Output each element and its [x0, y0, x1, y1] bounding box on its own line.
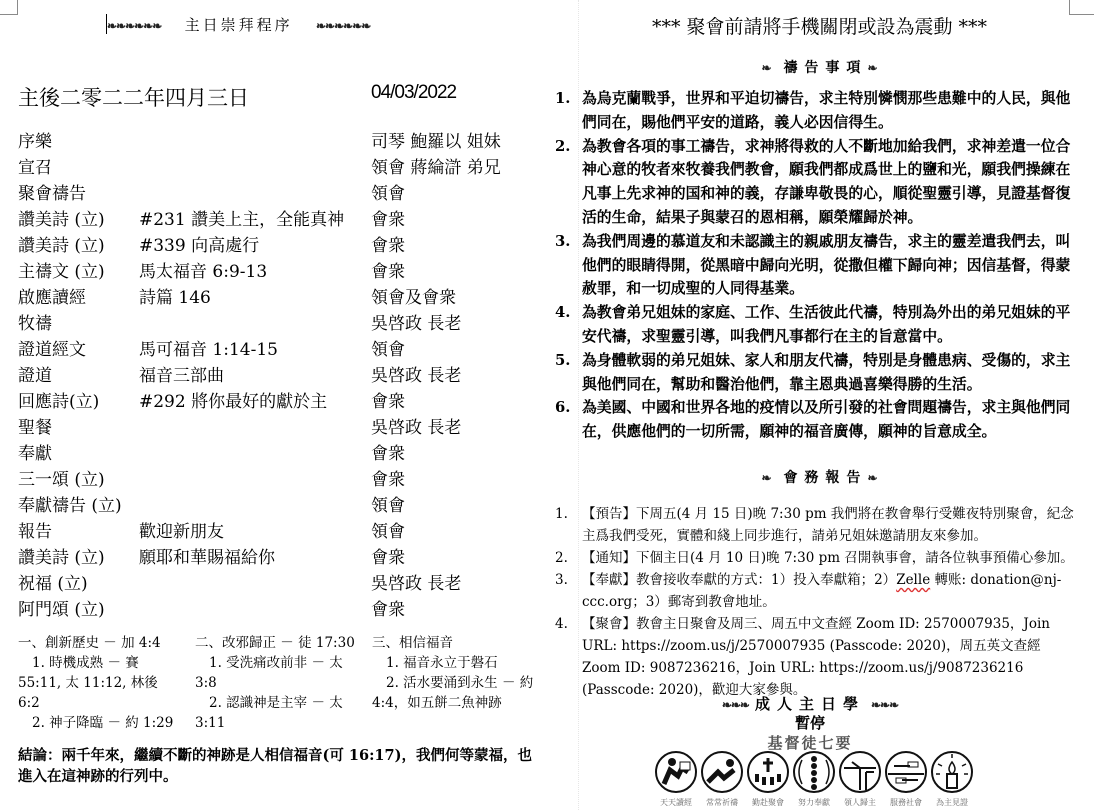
affairs-text[interactable]: 【通知】下個主日(4 月 10 日)晚 7:30 pm 召開執事會，請各位執事預… [582, 550, 1074, 566]
worship-order-title: ❧❧❧❧❧❧ 主日崇拜程序 ❧❧❧❧❧❧ [106, 14, 370, 35]
program-item[interactable]: 奉獻 [18, 439, 52, 464]
item-number: 4. [555, 301, 570, 325]
item-number: 5. [555, 349, 570, 373]
prayer-text[interactable]: 為教會各項的事工禱告，求神將得救的人不斷地加給我們，求神差遣一位合神心意的牧者來… [582, 138, 1070, 226]
item-number: 6. [555, 396, 570, 420]
program-row: 證道福音三部曲吳啓政 長老 [18, 361, 538, 387]
date-chinese[interactable]: 主後二零二二年四月三日 [18, 82, 249, 112]
affairs-list: 1.【預告】下周五(4 月 15 日)晚 7:30 pm 我們將在教會舉行受難夜… [555, 503, 1083, 701]
ornament-icon: ❧❧❧❧❧❧ [107, 19, 161, 33]
program-row: 牧禱吳啓政 長老 [18, 309, 538, 335]
program-row: 聚會禱告領會 [18, 179, 538, 205]
program-row: 讚美詩 (立)#339 向高處行會衆 [18, 231, 538, 257]
program-leader[interactable]: 吳啓政 長老 [371, 569, 461, 594]
prayer-list: 1.為烏克蘭戰爭，世界和平迫切禱告，求主特別憐憫那些患難中的人民，與他們同在，賜… [555, 87, 1083, 444]
ornament-icon: ❧ [867, 471, 877, 485]
ornament-icon: ❧ [762, 471, 772, 485]
program-detail[interactable]: 歡迎新朋友 [139, 517, 224, 542]
outline-heading[interactable]: 三、相信福音 [372, 633, 542, 653]
prayer-text[interactable]: 為美國、中國和世界各地的疫情以及所引發的社會問題禱告，求主與他們同在，供應他們的… [582, 399, 1070, 440]
item-number: 1. [555, 503, 568, 525]
ornament-icon: ❧ [762, 61, 772, 75]
prayer-item: 6.為美國、中國和世界各地的疫情以及所引發的社會問題禱告，求主與他們同在，供應他… [555, 396, 1083, 444]
item-number: 1. [555, 87, 570, 111]
outline-section-2: 二、改邪歸正 － 徒 17:30 1. 受洗痛改前非 － 太 3:8 2. 認識… [195, 633, 360, 733]
program-leader[interactable]: 領會 蔣綸滸 弟兄 [371, 153, 501, 178]
program-leader[interactable]: 吳啓政 長老 [371, 309, 461, 334]
affairs-item: 4.【聚會】教會主日聚會及周三、周五中文查經 Zoom ID: 25700079… [555, 613, 1083, 701]
witness-icon [930, 750, 974, 794]
program-leader[interactable]: 領會 [371, 517, 405, 542]
affairs-text[interactable]: 【奉獻】教會接收奉獻的方式：1）投入奉獻箱；2） [582, 572, 896, 588]
page-corner-mark [0, 0, 18, 15]
read-bible-icon [654, 750, 698, 794]
program-leader[interactable]: 會衆 [371, 595, 405, 620]
program-item[interactable]: 證道經文 [18, 335, 86, 360]
program-row: 祝福 (立)吳啓政 長老 [18, 569, 538, 595]
program-item[interactable]: 讚美詩 (立) [18, 231, 105, 256]
essential-label: 天天讀經 [660, 797, 692, 808]
essential-label: 領人歸主 [844, 797, 876, 808]
prayer-text[interactable]: 為烏克蘭戰爭，世界和平迫切禱告，求主特別憐憫那些患難中的人民，與他們同在，賜他們… [582, 90, 1070, 131]
ornament-icon: ❧❧❧ [722, 698, 749, 712]
outline-section-1: 一、創新歷史 － 加 4:4 1. 時機成熟 － 賽 55:11, 太 11:1… [18, 633, 183, 733]
program-leader[interactable]: 會衆 [371, 543, 405, 568]
affairs-heading: ❧ 會務報告❧ [545, 467, 1094, 487]
prayer-heading-text[interactable]: 禱告事項 [783, 60, 867, 76]
program-item[interactable]: 聖餐 [18, 413, 52, 438]
essential-item: 天天讀經 [653, 750, 699, 810]
attend-meeting-icon [746, 750, 790, 794]
affairs-text[interactable]: 【預告】下周五(4 月 15 日)晚 7:30 pm 我們將在教會舉行受難夜特別… [582, 506, 1074, 544]
program-item[interactable]: 牧禱 [18, 309, 52, 334]
prayer-item: 5.為身體軟弱的弟兄姐妹、家人和朋友代禱，特別是身體患病、受傷的，求主與他們同在… [555, 349, 1083, 397]
seven-essentials-graphic: 天天讀經常常祈禱勤赴聚會努力奉獻領人歸主服務社會為主見證 [653, 750, 975, 810]
program-leader[interactable]: 會衆 [371, 465, 405, 490]
program-item[interactable]: 報告 [18, 517, 52, 542]
essential-label: 勤赴聚會 [752, 797, 784, 808]
item-number: 2. [555, 135, 570, 159]
essential-item: 服務社會 [883, 750, 929, 810]
prayer-heading: ❧ 禱告事項❧ [545, 57, 1094, 77]
program-row: 回應詩(立)#292 將你最好的獻於主會衆 [18, 387, 538, 413]
evangelize-icon [838, 750, 882, 794]
sunday-school-title: ❧❧❧成人主日學❧❧❧ [640, 693, 980, 714]
title-text[interactable]: 主日崇拜程序 [185, 16, 293, 34]
essential-item: 領人歸主 [837, 750, 883, 810]
outline-heading[interactable]: 二、改邪歸正 － 徒 17:30 [195, 633, 360, 653]
sunday-school-title-text[interactable]: 成人主日學 [755, 695, 865, 713]
phone-notice[interactable]: *** 聚會前請將手機關閉或設為震動 *** [545, 12, 1094, 39]
essential-label: 努力奉獻 [798, 797, 830, 808]
program-row: 阿門頌 (立)會衆 [18, 595, 538, 621]
ornament-icon: ❧❧❧❧❧❧ [316, 19, 370, 33]
program-list: 序樂司琴 鮑羅以 姐妹宣召領會 蔣綸滸 弟兄聚會禱告領會讚美詩 (立)#231 … [18, 127, 538, 621]
essential-label: 服務社會 [890, 797, 922, 808]
spellcheck-flagged-word[interactable]: Zelle [896, 572, 930, 588]
program-row: 讚美詩 (立)願耶和華賜福給你會衆 [18, 543, 538, 569]
item-number: 3. [555, 230, 570, 254]
essential-item: 努力奉獻 [791, 750, 837, 810]
serve-society-icon [884, 750, 928, 794]
item-number: 4. [555, 613, 568, 635]
program-item[interactable]: 讚美詩 (立) [18, 205, 105, 230]
affairs-text[interactable]: 【聚會】教會主日聚會及周三、周五中文查經 Zoom ID: 2570007935… [582, 616, 1050, 698]
program-leader[interactable]: 領會 [371, 491, 405, 516]
outline-point[interactable]: 1. 福音永立于磐石 [372, 653, 542, 673]
program-detail[interactable]: #231 讚美上主，全能真神 [139, 205, 344, 230]
affairs-item: 3.【奉獻】教會接收奉獻的方式：1）投入奉獻箱；2）Zelle 轉账: dona… [555, 569, 1083, 613]
prayer-item: 3.為我們周邊的慕道友和未認識主的親戚朋友禱告，求主的靈差遣我們去，叫他們的眼睛… [555, 230, 1083, 301]
program-row: 三一頌 (立)會衆 [18, 465, 538, 491]
offering-icon [792, 750, 836, 794]
program-row: 報告歡迎新朋友領會 [18, 517, 538, 543]
program-item[interactable]: 讚美詩 (立) [18, 543, 105, 568]
outline-point[interactable]: 1. 時機成熟 － 賽 55:11, 太 11:12, 林後 6:2 [18, 653, 183, 713]
program-item[interactable]: 三一頌 (立) [18, 465, 105, 490]
program-detail[interactable]: 馬太福音 6:9-13 [139, 257, 267, 282]
pray-icon [700, 750, 744, 794]
essential-item: 為主見證 [929, 750, 975, 810]
prayer-text[interactable]: 為我們周邊的慕道友和未認識主的親戚朋友禱告，求主的靈差遣我們去，叫他們的眼睛得開… [582, 233, 1070, 298]
affairs-item: 2.【通知】下個主日(4 月 10 日)晚 7:30 pm 召開執事會，請各位執… [555, 547, 1083, 569]
program-detail[interactable]: 願耶和華賜福給你 [139, 543, 275, 568]
program-leader[interactable]: 會衆 [371, 439, 405, 464]
prayer-item: 1.為烏克蘭戰爭，世界和平迫切禱告，求主特別憐憫那些患難中的人民，與他們同在，賜… [555, 87, 1083, 135]
program-leader[interactable]: 領會 [371, 335, 405, 360]
outline-point[interactable]: 2. 活水要涌到永生 － 約 4:4，如五餅二魚神跡 [372, 673, 542, 713]
program-leader[interactable]: 會衆 [371, 205, 405, 230]
program-row: 主禱文 (立)馬太福音 6:9-13會衆 [18, 257, 538, 283]
program-leader[interactable]: 領會 [371, 179, 405, 204]
affairs-heading-text[interactable]: 會務報告 [783, 470, 867, 486]
program-item[interactable]: 阿門頌 (立) [18, 595, 105, 620]
program-item[interactable]: 祝福 (立) [18, 569, 88, 594]
prayer-text[interactable]: 為教會弟兄姐妹的家庭、工作、生活彼此代禱，特別為外出的弟兄姐妹的平安代禱，求聖靈… [582, 304, 1070, 345]
program-row: 宣召領會 蔣綸滸 弟兄 [18, 153, 538, 179]
program-row: 證道經文馬可福音 1:14-15領會 [18, 335, 538, 361]
outline-section-3: 三、相信福音 1. 福音永立于磐石 2. 活水要涌到永生 － 約 4:4，如五餅… [372, 633, 542, 713]
program-leader[interactable]: 領會及會衆 [371, 283, 456, 308]
ornament-icon: ❧❧❧ [871, 698, 898, 712]
item-number: 3. [555, 569, 568, 591]
program-item[interactable]: 主禱文 (立) [18, 257, 105, 282]
program-item[interactable]: 宣召 [18, 153, 52, 178]
program-item[interactable]: 聚會禱告 [18, 179, 86, 204]
program-item[interactable]: 奉獻禱告 (立) [18, 491, 122, 516]
item-number: 2. [555, 547, 568, 569]
essential-item: 常常祈禱 [699, 750, 745, 810]
program-leader[interactable]: 會衆 [371, 231, 405, 256]
program-item[interactable]: 序樂 [18, 127, 52, 152]
prayer-text[interactable]: 為身體軟弱的弟兄姐妹、家人和朋友代禱，特別是身體患病、受傷的，求主與他們同在，幫… [582, 352, 1070, 393]
outline-point[interactable]: 2. 認識神是主宰 － 太 3:11 [195, 693, 360, 733]
outline-point[interactable]: 1. 受洗痛改前非 － 太 3:8 [195, 653, 360, 693]
program-row: 序樂司琴 鮑羅以 姐妹 [18, 127, 538, 153]
prayer-item: 4.為教會弟兄姐妹的家庭、工作、生活彼此代禱，特別為外出的弟兄姐妹的平安代禱，求… [555, 301, 1083, 349]
program-row: 奉獻會衆 [18, 439, 538, 465]
program-item[interactable]: 證道 [18, 361, 52, 386]
affairs-item: 1.【預告】下周五(4 月 15 日)晚 7:30 pm 我們將在教會舉行受難夜… [555, 503, 1083, 547]
program-leader[interactable]: 吳啓政 長老 [371, 361, 461, 386]
ornament-icon: ❧ [867, 61, 877, 75]
program-row: 啟應讀經詩篇 146領會及會衆 [18, 283, 538, 309]
program-row: 奉獻禱告 (立)領會 [18, 491, 538, 517]
program-leader[interactable]: 吳啓政 長老 [371, 413, 461, 438]
essential-label: 常常祈禱 [706, 797, 738, 808]
program-detail[interactable]: 福音三部曲 [139, 361, 224, 386]
program-detail[interactable]: #339 向高處行 [139, 231, 259, 256]
program-detail[interactable]: 詩篇 146 [139, 283, 211, 308]
outline-point[interactable]: 2. 神子降臨 － 約 1:29 [18, 713, 183, 733]
essential-label: 為主見證 [936, 797, 968, 808]
prayer-item: 2.為教會各項的事工禱告，求神將得救的人不斷地加給我們，求神差遣一位合神心意的牧… [555, 135, 1083, 230]
program-item[interactable]: 啟應讀經 [18, 283, 86, 308]
program-row: 讚美詩 (立)#231 讚美上主，全能真神會衆 [18, 205, 538, 231]
program-detail[interactable]: #292 將你最好的獻於主 [139, 387, 327, 412]
program-leader[interactable]: 司琴 鮑羅以 姐妹 [371, 127, 501, 152]
essential-item: 勤赴聚會 [745, 750, 791, 810]
program-leader[interactable]: 會衆 [371, 257, 405, 282]
program-leader[interactable]: 會衆 [371, 387, 405, 412]
program-item[interactable]: 回應詩(立) [18, 387, 99, 412]
program-row: 聖餐吳啓政 長老 [18, 413, 538, 439]
sunday-school-status[interactable]: 暫停 [640, 712, 980, 733]
sermon-conclusion[interactable]: 結論：兩千年來，繼續不斷的神跡是人相信福音(可 16:17)，我們何等蒙福，也進… [18, 745, 533, 787]
outline-heading[interactable]: 一、創新歷史 － 加 4:4 [18, 633, 183, 653]
program-detail[interactable]: 馬可福音 1:14-15 [139, 335, 278, 360]
date-numeric[interactable]: 04/03/2022 [371, 82, 456, 104]
